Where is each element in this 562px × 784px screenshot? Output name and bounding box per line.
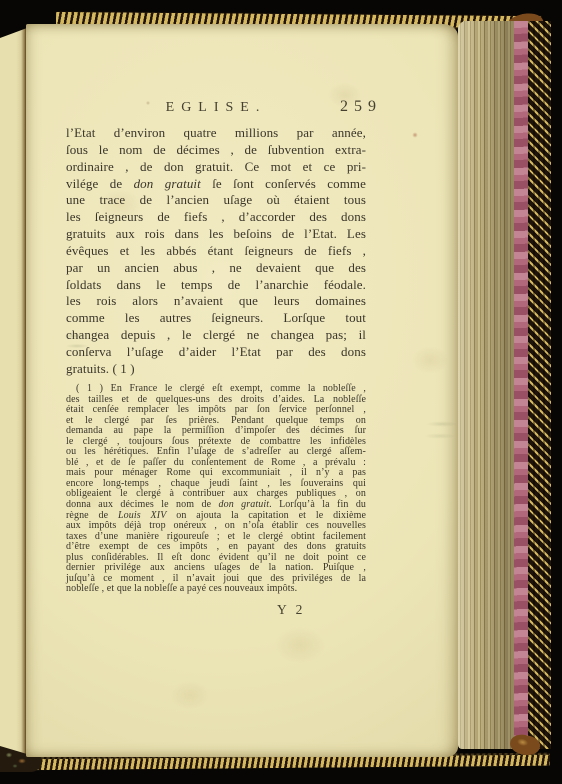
book-fore-edge (458, 21, 551, 749)
header-title: EGLISE. (166, 100, 267, 115)
text-line: changea depuis , le clergé ne changea pa… (66, 327, 366, 344)
running-header: EGLISE. 259 (66, 98, 366, 116)
text-line: ordinaire , de don gratuit. Ce mot et ce… (66, 159, 366, 176)
text-line: vilége de don gratuit ſe ſont conſervés … (66, 176, 366, 193)
page-number: 259 (340, 98, 382, 116)
text-line: les rois alors n’avaient que leurs domai… (66, 293, 366, 310)
text-segment: règne de (66, 510, 118, 521)
body-text: l’Etat d’environ quatre millions par ann… (66, 125, 366, 378)
text-line: gratuits. ( 1 ) (66, 361, 366, 378)
text-line: comme les autres ſeigneurs. Lorſque tout (66, 310, 366, 327)
footnote-text: ( 1 ) En France le clergé eſt exempt, co… (66, 384, 366, 595)
facing-page-edge (0, 26, 27, 758)
italic-text: don gratuit (134, 176, 201, 191)
book-page: EGLISE. 259 l’Etat d’environ quatre mill… (26, 24, 458, 757)
text-line: les ſeigneurs de fiefs , d’accorder des … (66, 209, 366, 226)
fore-edge-pages (458, 21, 514, 749)
italic-text: don gratuit (219, 499, 270, 510)
endpaper-pink-band (514, 21, 528, 749)
text-line: évêques et les abbés étant ſeigneurs de … (66, 243, 366, 260)
text-segment: vilége de (66, 176, 134, 191)
text-segment: donna aux décimes le nom de (66, 499, 219, 510)
text-segment: . Lorſqu’à la fin du (269, 499, 366, 510)
book-photo: EGLISE. 259 l’Etat d’environ quatre mill… (0, 0, 562, 784)
text-segment: ſe ſont conſervés comme (201, 176, 366, 191)
text-line: ſoldats dans le temps de l’anarchie féod… (66, 277, 366, 294)
signature-mark: Y 2 (277, 602, 305, 618)
text-line: ( 1 ) En France le clergé eſt exempt, co… (66, 384, 366, 395)
text-segment: on ajouta la capitation et le dixième (166, 510, 366, 521)
text-line: une trace de l’ancien uſage où étaient t… (66, 192, 366, 209)
gilt-cover-edge (528, 21, 551, 749)
italic-text: Louis XIV (118, 510, 166, 521)
text-line: ſous le nom de décimes , de ſubvention e… (66, 142, 366, 159)
text-line: gratuits aux rois dans les beſoins de l’… (66, 226, 366, 243)
text-line: conſerva l’uſage d’aider l’Etat par des … (66, 344, 366, 361)
text-line: nobleſſe , et que la nobleſſe a payé ces… (66, 584, 366, 595)
text-line: l’Etat d’environ quatre millions par ann… (66, 125, 366, 142)
text-line: par un ancien abus , ne devaient que des (66, 260, 366, 277)
